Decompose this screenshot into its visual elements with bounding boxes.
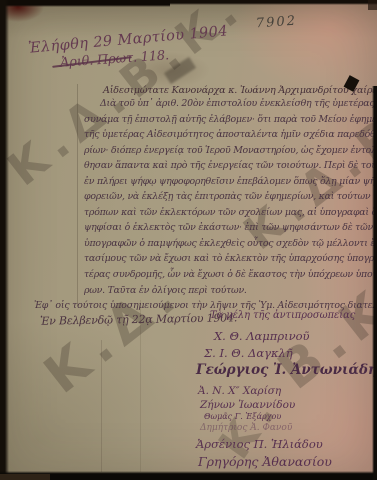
body-line: συνάμα τῇ ἐπιστολῇ αὐτῆς ἐλάβομεν· ὅτι π… xyxy=(84,112,376,128)
body-line: ἐν πλήρει ψήφῳ ψηφοφορηθεῖσιν ἐπεβάλομεν… xyxy=(84,174,376,190)
signature: Γρηγόρης Ἀθανασίου xyxy=(198,454,332,469)
body-line: φορειῶν, νὰ ἐκλέξῃ τὰς ἐπιτροπὰς τῶν ἐφη… xyxy=(84,189,376,205)
fold-crease xyxy=(101,340,102,472)
scan-edge-right-top xyxy=(368,0,377,10)
body-line: Διὰ τοῦ ὑπ᾽ ἀριθ. 20ὸν ἐπιστολίου ἐνεκλε… xyxy=(84,96,376,112)
scan-edge-right xyxy=(372,86,377,480)
body-line: ρων. Ταῦτα ἐν ὀλίγοις περὶ τούτων. xyxy=(84,283,376,299)
archive-number: 7902 xyxy=(256,14,298,32)
scan-edge-top-left xyxy=(0,0,170,7)
signature-heading: Τὰ μέλη τῆς ἀντιπροσωπείας xyxy=(210,310,355,321)
body-line: ὑπογραφῶν ὁ παμψήφως ἐκλεχθεὶς οὗτος σχε… xyxy=(84,236,376,252)
fold-crease xyxy=(77,84,78,306)
signature: Ἀ. Ν. Χ″ Χαρίση xyxy=(198,385,281,397)
signature: Ζήνων Ἰωαννίδου xyxy=(200,399,295,411)
signature: Δημήτριος Ἀ. Φανοῦ xyxy=(200,423,292,433)
body-line: ρίων· διόπερ ἐνεργείᾳ τοῦ Ἱεροῦ Μοναστηρ… xyxy=(84,143,376,159)
scan-edge-bottom-left xyxy=(0,474,50,480)
body-line: τέρας συνδρομῆς, ὧν νὰ ἔχωσι ὁ δὲ ἕκαστο… xyxy=(84,267,376,283)
signature: Σ. Ι. Θ. Δαγκλῆ xyxy=(204,346,293,360)
salutation-line: Αἰδεσιμώτατε Κανονάρχα κ. Ἰωάννη Ἀρχιμαν… xyxy=(103,85,377,96)
letter-body: Διὰ τοῦ ὑπ᾽ ἀριθ. 20ὸν ἐπιστολίου ἐνεκλε… xyxy=(84,96,376,298)
body-line: ψηφίσαι ὁ ἐκλεκτὸς τῶν ἑκάστων· ἐπὶ τῶν … xyxy=(84,220,376,236)
scan-edge-left xyxy=(0,0,9,480)
scanned-letter-page: Κ.Δ.Β.Κ. Κ.Δ.Β.Κ. Κ.Δ. Β.Κ. Κ. 7902 Ἐλήφ… xyxy=(0,0,377,480)
body-line: τρόπων καὶ τῶν ἐκλεκτόρων τῶν σχολείων μ… xyxy=(84,205,376,221)
signature: Θωμᾶς Γ. Ἐξάρχου xyxy=(204,412,281,421)
signature: Γεώργιος Ἰ. Ἀντωνιάδης xyxy=(196,362,377,378)
signature-block: Τὰ μέλη τῆς ἀντιπροσωπείας Χ. Θ. Λαμπριν… xyxy=(196,310,376,478)
body-line: τῆς ὑμετέρας Αἰδεσιμότητος ἀποσταλέντα ἡ… xyxy=(84,127,376,143)
signature: Χ. Θ. Λαμπρινοῦ xyxy=(214,329,310,343)
body-line: τασίμους τῶν νὰ ἔχωσι καὶ τὸ ἐκλεκτὸν τῆ… xyxy=(84,251,376,267)
body-line: θησαν ἅπαντα καὶ πρὸ τῆς ἐνεργείας τῶν τ… xyxy=(84,158,376,174)
signature: Ἀρσένιος Π. Ἡλιάδου xyxy=(196,437,323,451)
scan-edge-bottom xyxy=(0,471,377,480)
